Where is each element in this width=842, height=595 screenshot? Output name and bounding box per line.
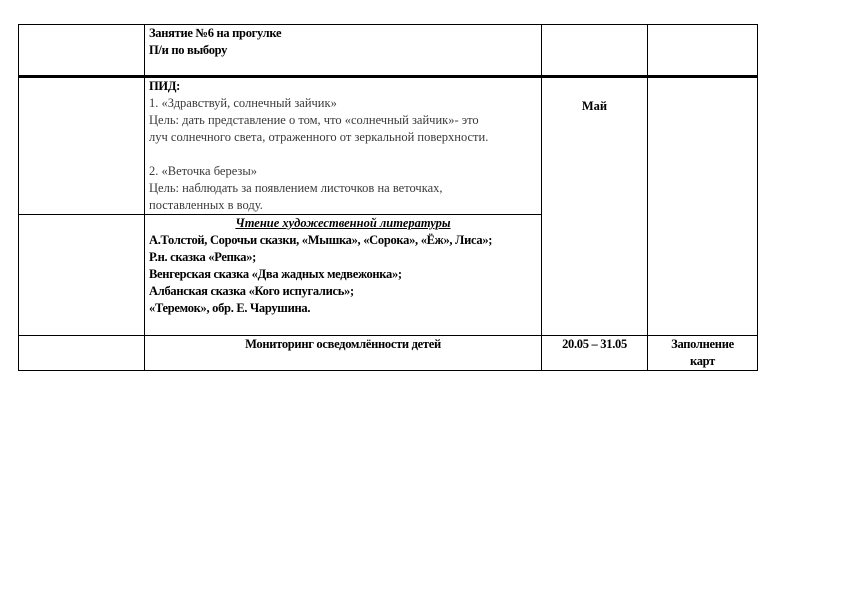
empty-cell: [648, 77, 758, 336]
reading-line: Албанская сказка «Кого испугались»;: [149, 283, 537, 300]
table-row: Мониторинг осведомлённости детей 20.05 –…: [19, 336, 758, 371]
pid-item-2-goal-line-1: Цель: наблюдать за появлением листочков …: [149, 180, 537, 197]
pid-item-2-goal-line-2: поставленных в воду.: [149, 197, 537, 214]
empty-cell: [19, 25, 145, 77]
activity-cell: ПИД: 1. «Здравствуй, солнечный зайчик» Ц…: [145, 77, 542, 215]
reading-line: А.Толстой, Сорочьи сказки, «Мышка», «Сор…: [149, 232, 537, 249]
pid-item-1-goal-line-1: Цель: дать представление о том, что «сол…: [149, 112, 537, 129]
spacer: [149, 146, 537, 163]
monitoring-note-text: Заполнение карт: [662, 336, 743, 370]
table-row: ПИД: 1. «Здравствуй, солнечный зайчик» Ц…: [19, 77, 758, 215]
reading-cell: Чтение художественной литературы А.Толст…: [145, 215, 542, 336]
month-cell: Май: [542, 77, 648, 336]
pid-item-1-goal-line-2: луч солнечного света, отраженного от зер…: [149, 129, 537, 146]
activity-cell: Занятие №6 на прогулке П/и по выбору: [145, 25, 542, 77]
table-row: Занятие №6 на прогулке П/и по выбору: [19, 25, 758, 77]
empty-cell: [19, 336, 145, 371]
pid-item-2-title: 2. «Веточка березы»: [149, 163, 537, 180]
plan-table: Занятие №6 на прогулке П/и по выбору ПИД…: [18, 24, 758, 371]
pid-heading: ПИД:: [149, 78, 537, 95]
reading-line: Венгерская сказка «Два жадных медвежонка…: [149, 266, 537, 283]
empty-cell: [19, 215, 145, 336]
empty-cell: [542, 25, 648, 77]
monitoring-dates: 20.05 – 31.05: [542, 336, 648, 371]
reading-line: «Теремок», обр. Е. Чарушина.: [149, 300, 537, 317]
month-label: Май: [582, 99, 607, 113]
outdoor-game-label: П/и по выбору: [149, 42, 537, 59]
empty-cell: [19, 77, 145, 215]
monitoring-activity: Мониторинг осведомлённости детей: [145, 336, 542, 371]
monitoring-note: Заполнение карт: [648, 336, 758, 371]
empty-cell: [648, 25, 758, 77]
walk-lesson-title: Занятие №6 на прогулке: [149, 25, 537, 42]
reading-line: Р.н. сказка «Репка»;: [149, 249, 537, 266]
reading-heading: Чтение художественной литературы: [149, 215, 537, 232]
pid-item-1-title: 1. «Здравствуй, солнечный зайчик»: [149, 95, 537, 112]
